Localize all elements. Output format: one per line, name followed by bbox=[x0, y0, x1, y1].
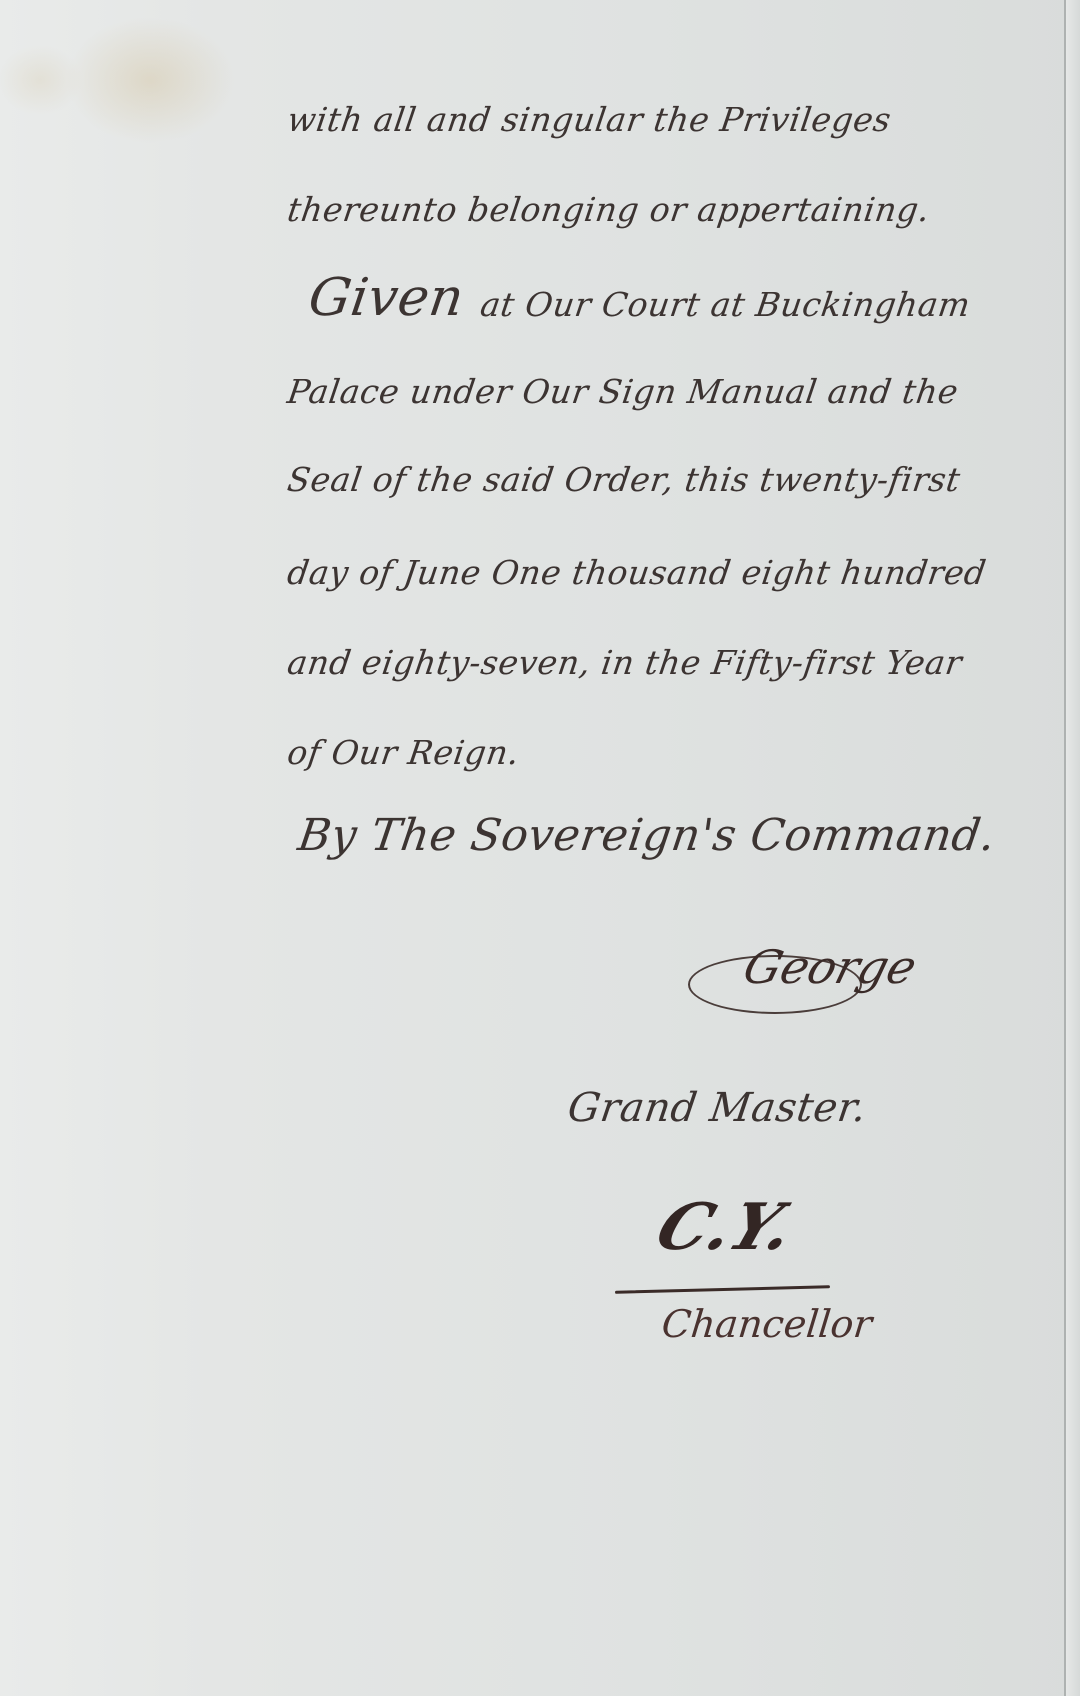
body-line-2: thereunto belonging or appertaining. bbox=[285, 190, 932, 229]
body-line-7: and eighty-seven, in the Fifty-first Yea… bbox=[285, 643, 965, 682]
body-line-8: of Our Reign. bbox=[285, 733, 522, 772]
body-line-3: at Our Court at Buckingham bbox=[478, 285, 973, 324]
chancellor-title: Chancellor bbox=[660, 1302, 874, 1346]
signature-underline bbox=[615, 1285, 830, 1294]
grand-master-signature: George bbox=[738, 940, 923, 994]
body-line-5: Seal of the said Order, this twenty-firs… bbox=[285, 460, 963, 499]
document-page: with all and singular the Privileges the… bbox=[0, 0, 1080, 1696]
body-line-1: with all and singular the Privileges bbox=[285, 100, 894, 139]
body-line-4: Palace under Our Sign Manual and the bbox=[285, 372, 961, 411]
command-line: By The Sovereign's Command. bbox=[295, 810, 999, 861]
given-word: Given bbox=[305, 268, 468, 328]
body-line-6: day of June One thousand eight hundred bbox=[285, 553, 989, 592]
grand-master-title: Grand Master. bbox=[565, 1085, 869, 1131]
chancellor-signature: C.Y. bbox=[646, 1190, 805, 1265]
adjacent-page-edge bbox=[1066, 0, 1080, 1696]
